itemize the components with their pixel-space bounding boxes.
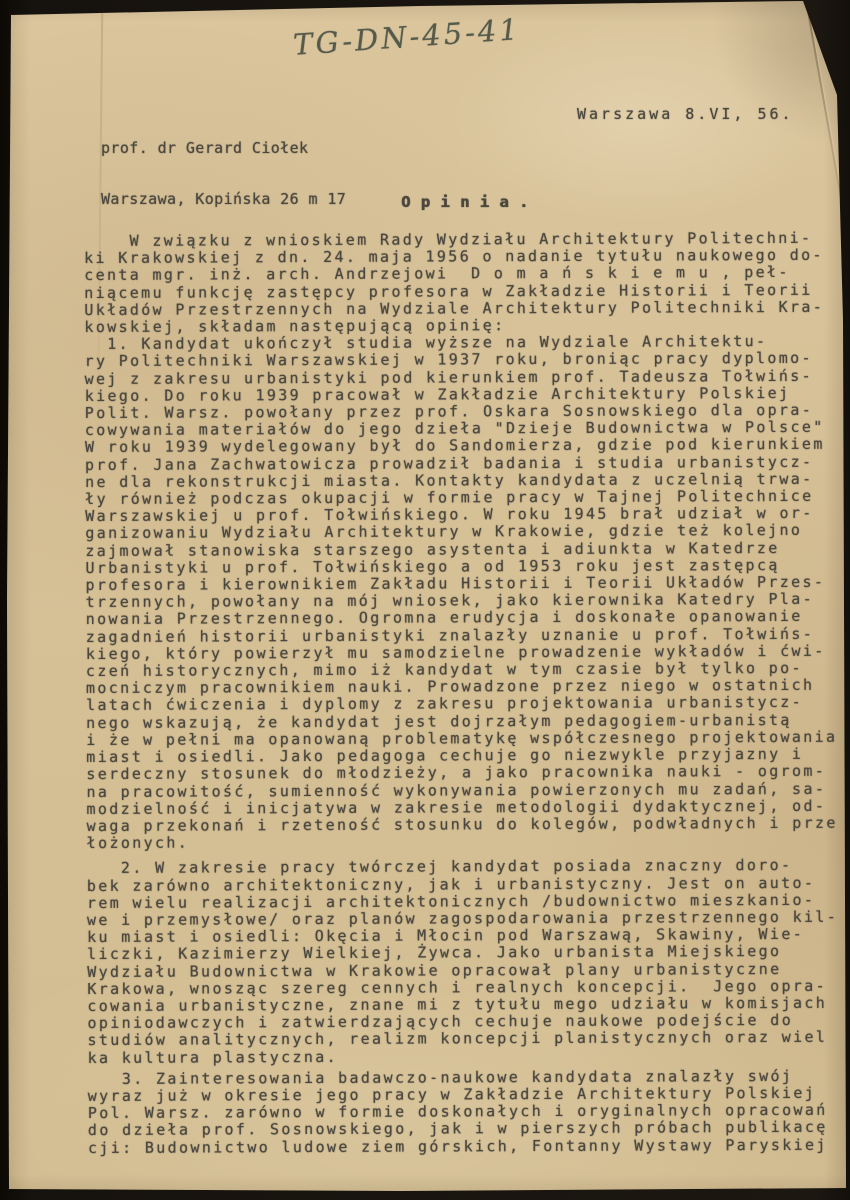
document-body: W związku z wnioskiem Rady Wydziału Arch… bbox=[84, 230, 850, 1157]
document-title: O p i n i a . bbox=[85, 193, 845, 211]
paragraph-point-3: 3. Zainteresowania badawczo-naukowe kand… bbox=[88, 1067, 850, 1156]
scanned-document: TG-DN-45-41 prof. dr Gerard Ciołek Warsz… bbox=[0, 0, 850, 1200]
paragraph-point-1: 1. Kandydat ukończył studia wyższe na Wy… bbox=[84, 333, 850, 852]
paragraph-intro: W związku z wnioskiem Rady Wydziału Arch… bbox=[84, 230, 850, 337]
document-page: TG-DN-45-41 prof. dr Gerard Ciołek Warsz… bbox=[0, 0, 850, 1200]
paragraph-point-2: 2. W zakresie pracy twórczej kandydat po… bbox=[87, 857, 850, 1067]
dateline: Warszawa 8.VI, 56. bbox=[577, 105, 794, 123]
fold-crease-top-right bbox=[806, 6, 845, 218]
handwritten-reference-number: TG-DN-45-41 bbox=[292, 12, 522, 62]
sender-block: prof. dr Gerard Ciołek Warszawa, Kopińsk… bbox=[101, 106, 346, 242]
sender-name: prof. dr Gerard Ciołek bbox=[101, 140, 346, 157]
